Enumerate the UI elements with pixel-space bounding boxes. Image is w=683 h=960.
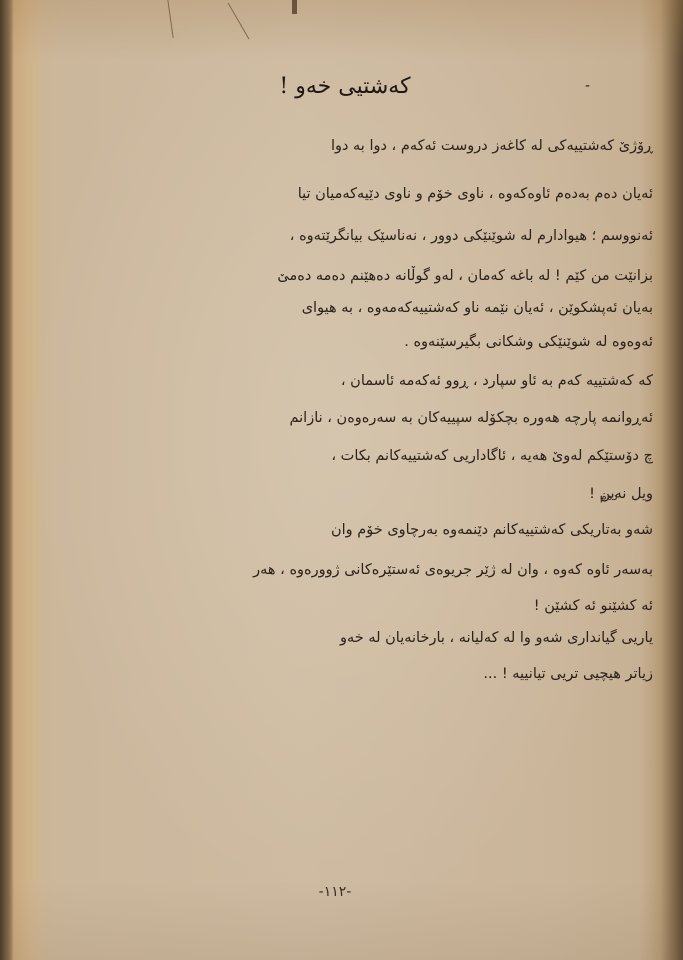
text-line: ڕۆژێ کەشتییەکی لە کاغەز دروست ئەکەم ، دو… <box>331 138 653 154</box>
paper-crack <box>167 0 173 38</box>
text-line: بزانێت من کێم ! لە باغە کەمان ، لەو گوڵا… <box>277 268 653 284</box>
title-mark: - <box>585 78 590 94</box>
text-line: یاریی گیانداری شەو وا لە کەلیانە ، بارخا… <box>340 630 653 646</box>
text-line: بەسەر ئاوە کەوە ، وان لە ژێر جریوەی ئەست… <box>253 562 653 578</box>
page-number: -١١٢- <box>305 884 365 900</box>
text-line: ئە کشێنو ئە کشێن ! <box>534 598 653 614</box>
text-line: کە کەشتییە کەم بە ئاو سپارد ، ڕوو ئەکەمە… <box>341 373 653 389</box>
text-line: چ دۆستێکم لەوێ هەیە ، ئاگاداریی کەشتییەک… <box>331 448 653 464</box>
margin-fragment: دەم <box>600 490 617 503</box>
scanned-page: کەشتیی خەو ! - ڕۆژێ کەشتییەکی لە کاغەز د… <box>0 0 683 960</box>
text-line: بەیان ئەپشکوێن ، ئەیان نێمە ناو کەشتییەک… <box>302 300 653 316</box>
paper-crack <box>228 3 250 40</box>
page-edge-stain <box>0 0 14 960</box>
text-line: ئەڕوانمە پارچە هەورە بچکۆلە سپییەکان بە … <box>289 410 653 426</box>
text-line: ئەنووسم ؛ هیوادارم لە شوێنێکی دوور ، نەن… <box>290 228 653 244</box>
text-line: زیاتر هیچیی تریی تیانییە ! ... <box>483 666 653 682</box>
page-title: کەشتیی خەو ! <box>250 74 440 99</box>
text-line: ئەوەوە لە شوێنێکی وشکانی بگیرسێنەوە . <box>404 334 653 350</box>
text-line: ویل نەبن ! <box>589 486 653 502</box>
text-line: ئەیان دەم بەدەم ئاوەکەوە ، ناوی خۆم و نا… <box>298 186 653 202</box>
text-line: شەو بەتاریکی کەشتییەکانم دێنمەوە بەرچاوی… <box>331 522 653 538</box>
paper-crack <box>292 0 297 14</box>
